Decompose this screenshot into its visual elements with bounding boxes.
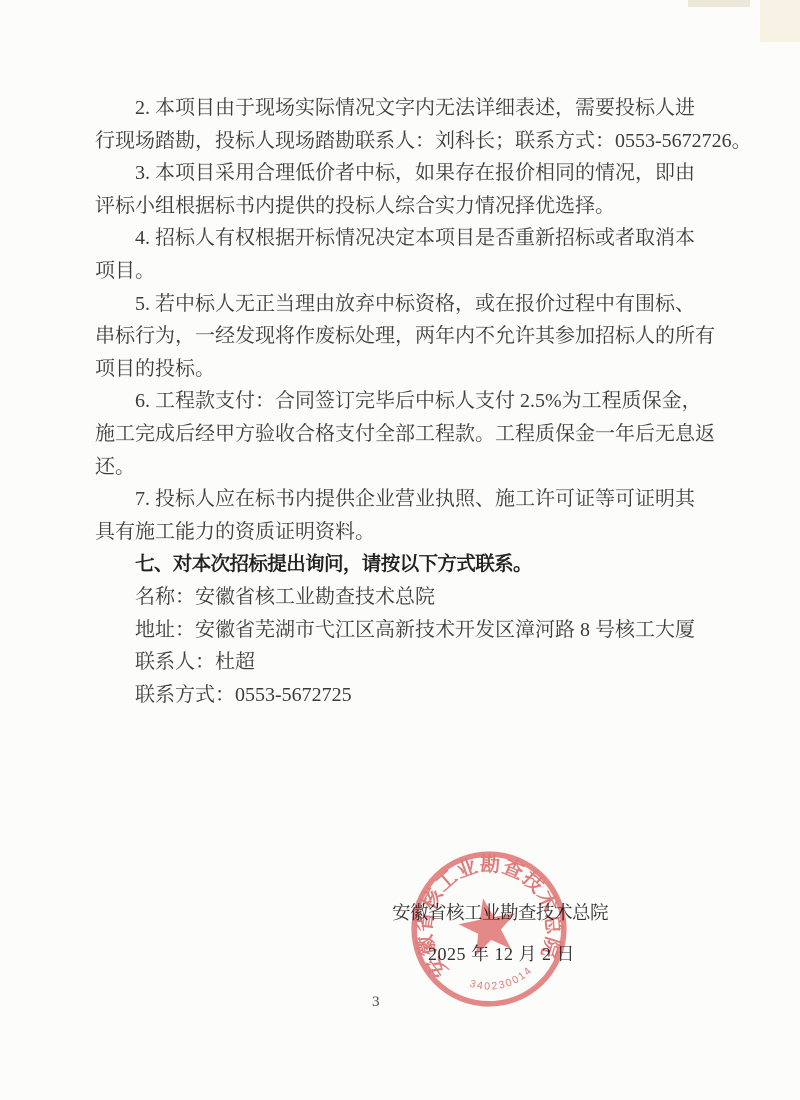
svg-text:3402300141968: 3402300141968 — [382, 824, 537, 1010]
document-line: 2. 本项目由于现场实际情况文字内无法详细表述，需要投标人进 — [95, 92, 735, 125]
document-line: 具有施工能力的资质证明资料。 — [95, 516, 735, 549]
page-number: 3 — [372, 994, 380, 1011]
star-icon — [455, 893, 522, 958]
document-line: 地址：安徽省芜湖市弋江区高新技术开发区漳河路 8 号核工大厦 — [95, 614, 735, 647]
document-line: 7. 投标人应在标书内提供企业营业执照、施工许可证等可证明其 — [95, 483, 735, 516]
document-line: 行现场踏勘，投标人现场踏勘联系人：刘科长；联系方式：0553-5672726。 — [95, 125, 735, 158]
document-line: 项目。 — [95, 255, 735, 288]
document-line: 6. 工程款支付：合同签订完毕后中标人支付 2.5%为工程质保金， — [95, 385, 735, 418]
document-line: 串标行为，一经发现将作废标处理，两年内不允许其参加招标人的所有 — [95, 320, 735, 353]
scan-artifact-strip — [688, 0, 750, 7]
document-body: 2. 本项目由于现场实际情况文字内无法详细表述，需要投标人进行现场踏勘，投标人现… — [95, 92, 735, 711]
document-line: 施工完成后经甲方验收合格支付全部工程款。工程质保金一年后无息返 — [95, 418, 735, 451]
document-line: 名称：安徽省核工业勘查技术总院 — [95, 581, 735, 614]
scan-artifact-patch — [760, 0, 800, 42]
document-line: 还。 — [95, 451, 735, 484]
document-line: 联系人：杜超 — [95, 646, 735, 679]
document-line: 联系方式：0553-5672725 — [95, 679, 735, 712]
document-page: 2. 本项目由于现场实际情况文字内无法详细表述，需要投标人进行现场踏勘，投标人现… — [0, 0, 800, 1100]
document-line: 5. 若中标人无正当理由放弃中标资格，或在报价过程中有围标、 — [95, 288, 735, 321]
document-line: 4. 招标人有权根据开标情况决定本项目是否重新招标或者取消本 — [95, 222, 735, 255]
document-line: 评标小组根据标书内提供的投标人综合实力情况择优选择。 — [95, 190, 735, 223]
document-line: 3. 本项目采用合理低价者中标，如果存在报价相同的情况，即由 — [95, 157, 735, 190]
section-heading: 七、对本次招标提出询问，请按以下方式联系。 — [95, 548, 735, 581]
seal-serial-number: 3402300141968 — [382, 824, 537, 1010]
document-line: 项目的投标。 — [95, 353, 735, 386]
official-seal-stamp: 安徽省核工业勘查技术总院 3402300141968 — [382, 822, 595, 1035]
